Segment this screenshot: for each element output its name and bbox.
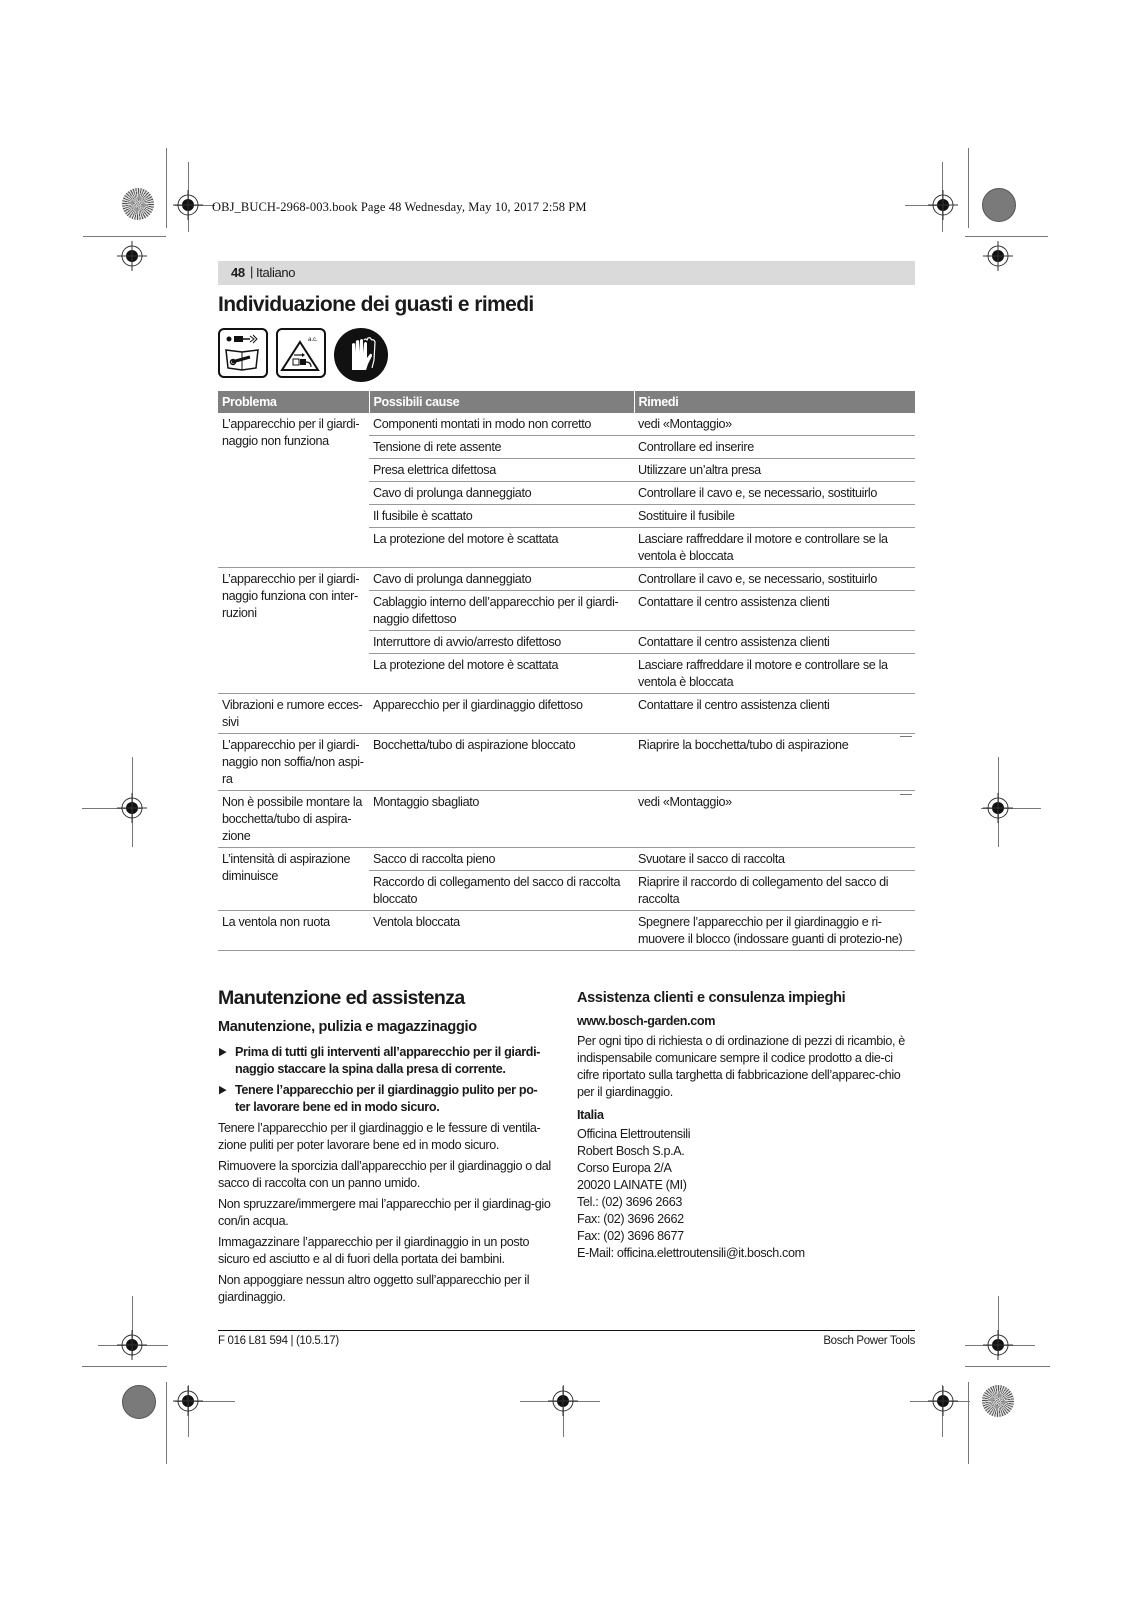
problem-cell: Vibrazioni e rumore ecces-sivi bbox=[218, 694, 369, 734]
bullet-text: Tenere l’apparecchio per il giardinaggio… bbox=[235, 1083, 537, 1114]
problem-cell: L’intensità di aspirazione diminuisce bbox=[218, 848, 369, 911]
color-rosette-icon bbox=[982, 1385, 1014, 1417]
subsection-title-cleaning: Manutenzione, pulizia e magazzinaggio bbox=[218, 1019, 552, 1036]
remedy-cell: Controllare ed inserire bbox=[634, 436, 915, 459]
fax-number: Fax: (02) 3696 2662 bbox=[577, 1211, 915, 1228]
bullet-triangle-icon: ▶ bbox=[219, 1082, 226, 1099]
cause-cell: Cavo di prolunga danneggiato bbox=[369, 482, 634, 505]
cause-cell: Componenti montati in modo non corretto bbox=[369, 413, 634, 436]
header-separator: | bbox=[250, 264, 253, 279]
remedy-cell: Contattare il centro assistenza clienti bbox=[634, 591, 915, 631]
registration-mark-icon bbox=[983, 793, 1013, 823]
remedy-cell: Utilizzare un’altra presa bbox=[634, 459, 915, 482]
problem-cell: L’apparecchio per il giardi-naggio non f… bbox=[218, 413, 369, 568]
cause-cell: Raccordo di collegamento del sacco di ra… bbox=[369, 871, 634, 911]
svg-text:a.c.: a.c. bbox=[308, 337, 318, 343]
registration-mark-icon bbox=[117, 241, 147, 271]
section-title-maintenance: Manutenzione ed assistenza bbox=[218, 990, 552, 1007]
service-address: Officina Elettroutensili Robert Bosch S.… bbox=[577, 1126, 915, 1262]
remedy-cell: Controllare il cavo e, se necessario, so… bbox=[634, 568, 915, 591]
table-row: Non è possibile montare la bocchetta/tub… bbox=[218, 791, 915, 848]
section-title-service: Assistenza clienti e consulenza impieghi bbox=[577, 990, 915, 1007]
table-row: L’apparecchio per il giardi-naggio non f… bbox=[218, 413, 915, 436]
cause-cell: Cavo di prolunga danneggiato bbox=[369, 568, 634, 591]
maintenance-section: Manutenzione ed assistenza Manutenzione,… bbox=[218, 990, 552, 1310]
cause-cell: Ventola bloccata bbox=[369, 911, 634, 951]
column-header-causes: Possibili cause bbox=[369, 391, 634, 413]
cause-cell: La protezione del motore è scattata bbox=[369, 528, 634, 568]
cause-cell: Sacco di raccolta pieno bbox=[369, 848, 634, 871]
fax-number: Fax: (02) 3696 8677 bbox=[577, 1228, 915, 1245]
registration-mark-icon bbox=[928, 190, 958, 220]
page-header: 48 | Italiano bbox=[218, 261, 915, 285]
cause-cell: Il fusibile è scattato bbox=[369, 505, 634, 528]
column-header-problem: Problema bbox=[218, 391, 369, 413]
header-language: Italiano bbox=[256, 265, 295, 280]
paragraph: Non spruzzare/immergere mai l’apparecchi… bbox=[218, 1196, 552, 1230]
column-header-remedies: Rimedi bbox=[634, 391, 915, 413]
registration-mark-icon bbox=[928, 1386, 958, 1416]
registration-mark-icon bbox=[173, 190, 203, 220]
section-title-troubleshooting: Individuazione dei guasti e rimedi bbox=[218, 293, 534, 317]
problem-cell: L’apparecchio per il giardi-naggio non s… bbox=[218, 734, 369, 791]
table-header-row: Problema Possibili cause Rimedi bbox=[218, 391, 915, 413]
table-body: L’apparecchio per il giardi-naggio non f… bbox=[218, 413, 915, 951]
remedy-cell: vedi «Montaggio» bbox=[634, 413, 915, 436]
registration-mark-icon bbox=[173, 1386, 203, 1416]
table-row: Vibrazioni e rumore ecces-siviApparecchi… bbox=[218, 694, 915, 734]
bullet-triangle-icon: ▶ bbox=[219, 1044, 226, 1061]
troubleshooting-table: Problema Possibili cause Rimedi L’appare… bbox=[218, 391, 915, 951]
cause-cell: Presa elettrica difettosa bbox=[369, 459, 634, 482]
footer-divider bbox=[218, 1330, 915, 1331]
footer-document-code: F 016 L81 594 | (10.5.17) bbox=[218, 1335, 339, 1347]
print-slug: OBJ_BUCH-2968-003.book Page 48 Wednesday… bbox=[212, 200, 587, 215]
cause-cell: La protezione del motore è scattata bbox=[369, 654, 634, 694]
service-website-link[interactable]: www.bosch-garden.com bbox=[577, 1013, 915, 1030]
paragraph: Non appoggiare nessun altro oggetto sull… bbox=[218, 1272, 552, 1306]
paragraph: Rimuovere la sporcizia dall’apparecchio … bbox=[218, 1158, 552, 1192]
cause-cell: Interruttore di avvio/arresto difettoso bbox=[369, 631, 634, 654]
remedy-cell: vedi «Montaggio» bbox=[634, 791, 915, 848]
problem-cell: La ventola non ruota bbox=[218, 911, 369, 951]
cause-cell: Montaggio sbagliato bbox=[369, 791, 634, 848]
country-heading: Italia bbox=[577, 1107, 915, 1124]
address-line: Officina Elettroutensili bbox=[577, 1126, 915, 1143]
table-row: La ventola non ruotaVentola bloccataSpeg… bbox=[218, 911, 915, 951]
cause-cell: Tensione di rete assente bbox=[369, 436, 634, 459]
read-manual-unplug-icon bbox=[218, 328, 268, 378]
safety-icons: a.c. bbox=[218, 328, 388, 384]
page-number: 48 bbox=[231, 265, 245, 280]
address-line: Robert Bosch S.p.A. bbox=[577, 1143, 915, 1160]
registration-mark-icon bbox=[548, 1386, 578, 1416]
registration-mark-icon bbox=[983, 241, 1013, 271]
wear-gloves-icon bbox=[334, 328, 388, 382]
remedy-cell: Lasciare raffreddare il motore e control… bbox=[634, 654, 915, 694]
footer-brand: Bosch Power Tools bbox=[823, 1335, 915, 1347]
bullet-text: Prima di tutti gli interventi all’appare… bbox=[235, 1045, 540, 1076]
remedy-cell: Spegnere l’apparecchio per il giardinagg… bbox=[634, 911, 915, 951]
remedy-cell: Svuotare il sacco di raccolta bbox=[634, 848, 915, 871]
table-row: L’intensità di aspirazione diminuisceSac… bbox=[218, 848, 915, 871]
address-line: Corso Europa 2/A bbox=[577, 1160, 915, 1177]
service-intro: Per ogni tipo di richiesta o di ordinazi… bbox=[577, 1033, 915, 1101]
address-line: 20020 LAINATE (MI) bbox=[577, 1177, 915, 1194]
color-rosette-icon bbox=[122, 188, 154, 220]
safety-bullet: ▶ Prima di tutti gli interventi all’appa… bbox=[218, 1044, 552, 1078]
cause-cell: Cablaggio interno dell’apparecchio per i… bbox=[369, 591, 634, 631]
remedy-cell: Contattare il centro assistenza clienti bbox=[634, 631, 915, 654]
remedy-cell: Riaprire il raccordo di collegamento del… bbox=[634, 871, 915, 911]
remedy-cell: Sostituire il fusibile bbox=[634, 505, 915, 528]
paragraph: Immagazzinare l’apparecchio per il giard… bbox=[218, 1234, 552, 1268]
cause-cell: Bocchetta/tubo di aspirazione bloccato bbox=[369, 734, 634, 791]
table-row: L’apparecchio per il giardi-naggio non s… bbox=[218, 734, 915, 791]
cause-cell: Apparecchio per il giardinaggio difettos… bbox=[369, 694, 634, 734]
registration-mark-icon bbox=[117, 1330, 147, 1360]
problem-cell: L’apparecchio per il giardi-naggio funzi… bbox=[218, 568, 369, 694]
color-rosette-icon bbox=[122, 1385, 156, 1419]
paragraph: Tenere l’apparecchio per il giardinaggio… bbox=[218, 1120, 552, 1154]
color-rosette-icon bbox=[982, 188, 1016, 222]
registration-mark-icon bbox=[117, 793, 147, 823]
safety-bullet: ▶ Tenere l’apparecchio per il giardinagg… bbox=[218, 1082, 552, 1116]
remedy-cell: Contattare il centro assistenza clienti bbox=[634, 694, 915, 734]
remedy-cell: Riaprire la bocchetta/tubo di aspirazion… bbox=[634, 734, 915, 791]
registration-mark-icon bbox=[983, 1330, 1013, 1360]
remedy-cell: Lasciare raffreddare il motore e control… bbox=[634, 528, 915, 568]
disconnect-mains-warning-icon: a.c. bbox=[276, 328, 326, 378]
service-section: Assistenza clienti e consulenza impieghi… bbox=[577, 990, 915, 1262]
remedy-cell: Controllare il cavo e, se necessario, so… bbox=[634, 482, 915, 505]
table-row: L’apparecchio per il giardi-naggio funzi… bbox=[218, 568, 915, 591]
problem-cell: Non è possibile montare la bocchetta/tub… bbox=[218, 791, 369, 848]
email-link[interactable]: E-Mail: officina.elettroutensili@it.bosc… bbox=[577, 1245, 915, 1262]
phone-number: Tel.: (02) 3696 2663 bbox=[577, 1194, 915, 1211]
